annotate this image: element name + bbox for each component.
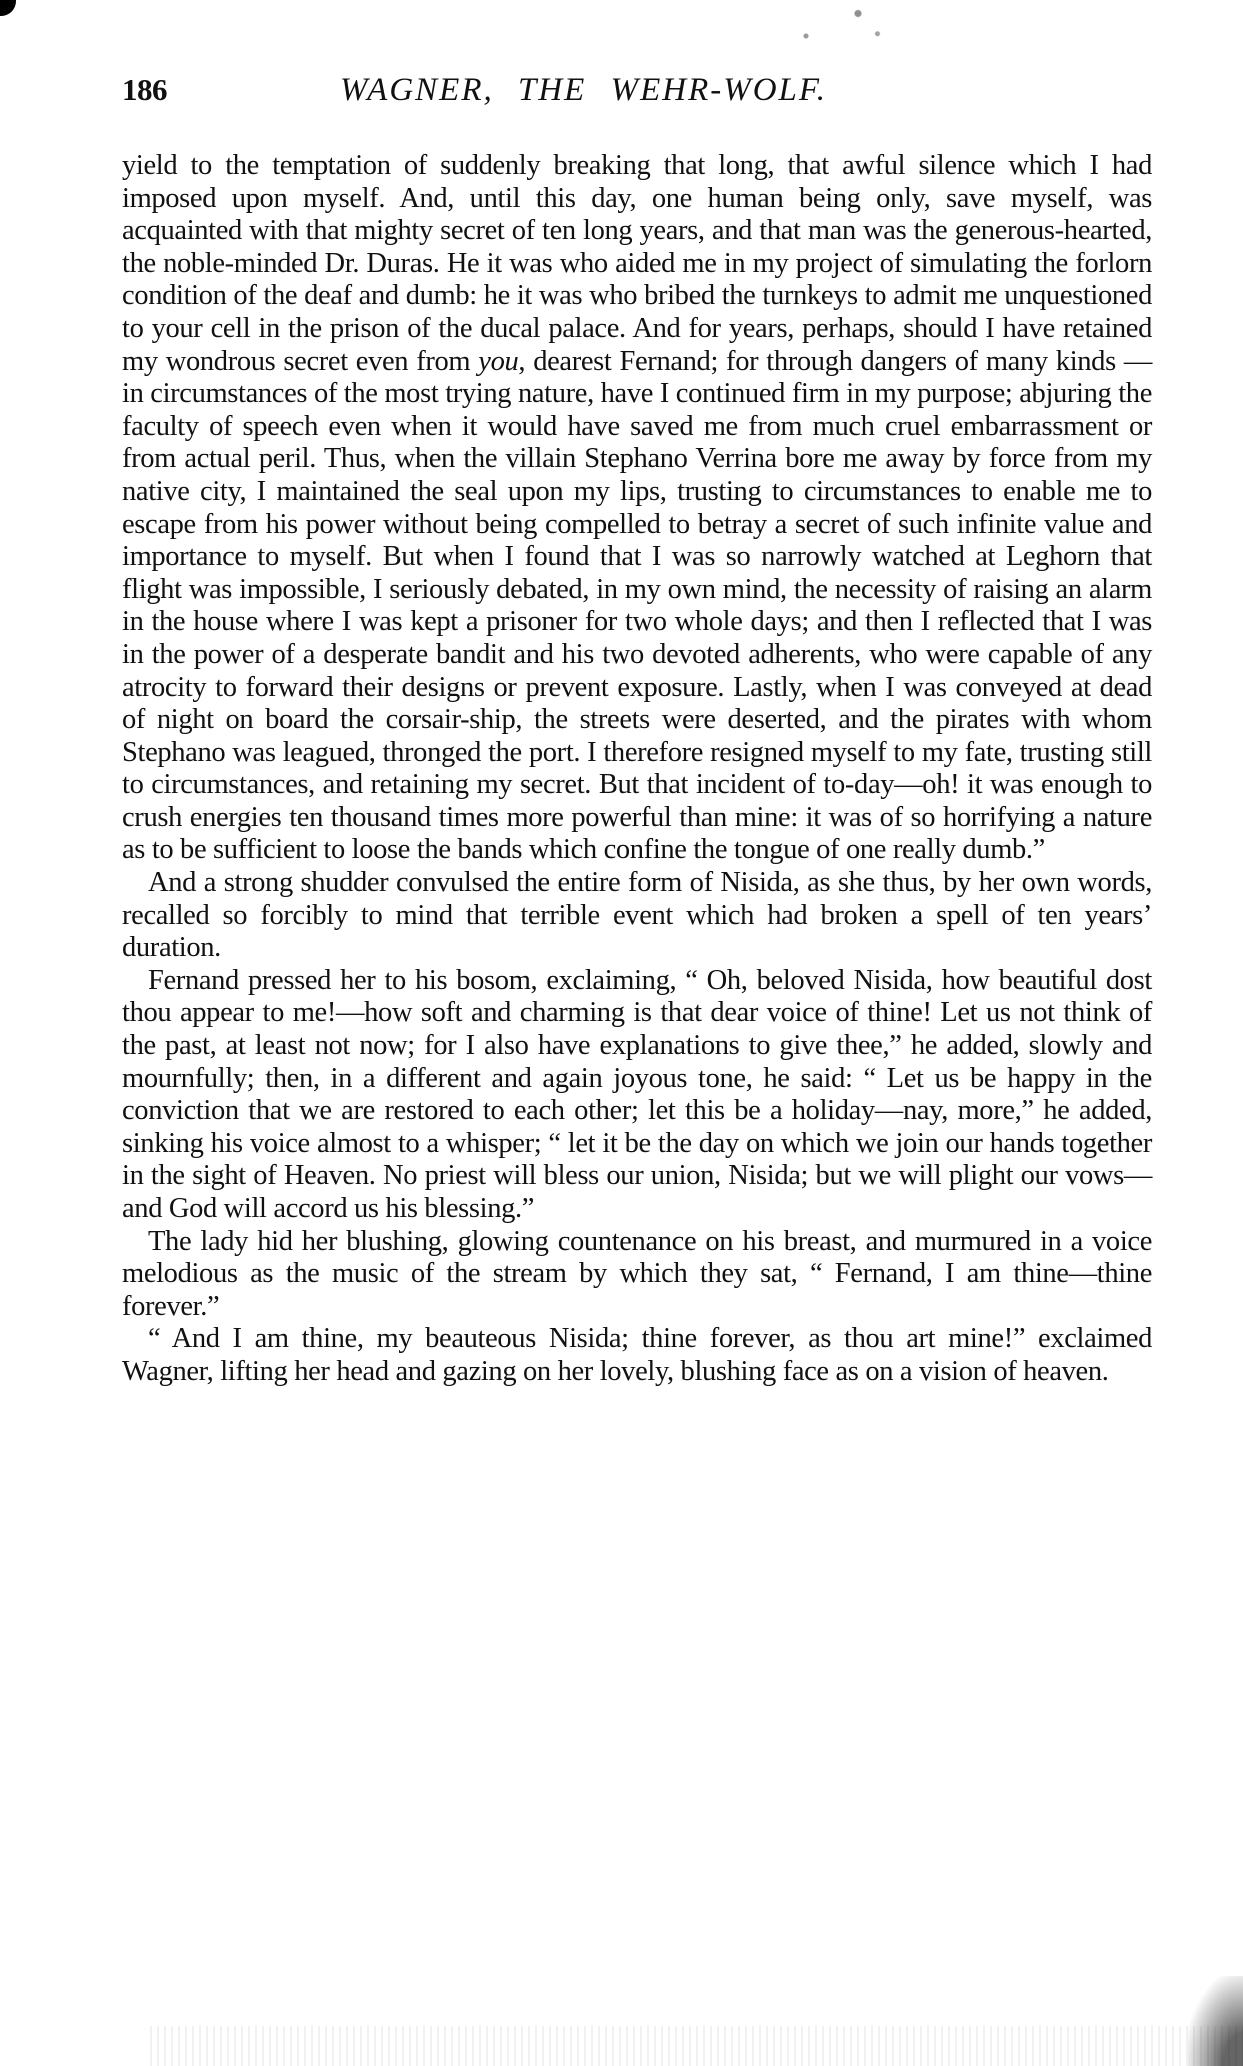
- running-title: WAGNER, THE WEHR-WOLF.: [340, 72, 827, 109]
- paragraph: “ And I am thine, my beauteous Nisida; t…: [122, 1323, 1152, 1388]
- scan-corner-blot: [0, 0, 16, 16]
- paragraph-text: yield to the temptation of suddenly brea…: [122, 150, 1152, 377]
- page-header: 186 WAGNER, THE WEHR-WOLF.: [122, 72, 1152, 112]
- paragraph: The lady hid her blushing, glowing count…: [122, 1226, 1152, 1324]
- paragraph-text: Fernand pressed her to his bosom, exclai…: [122, 965, 1152, 1224]
- paragraph-text: The lady hid her blushing, glowing count…: [122, 1226, 1152, 1322]
- emphasis-text: you: [478, 346, 518, 377]
- paragraph-text: And a strong shudder convulsed the entir…: [122, 867, 1152, 963]
- paragraph-text: , dearest Fernand; for through dangers o…: [122, 346, 1152, 866]
- scan-speckle-corner: [1188, 1976, 1243, 2066]
- paragraph: And a strong shudder convulsed the entir…: [122, 867, 1152, 965]
- paragraph: yield to the temptation of suddenly brea…: [122, 150, 1152, 867]
- paragraph-text: “ And I am thine, my beauteous Nisida; t…: [122, 1323, 1152, 1387]
- paragraph: Fernand pressed her to his bosom, exclai…: [122, 965, 1152, 1226]
- scan-speckle-top: [780, 0, 910, 45]
- scan-speckle-bottom: [150, 2026, 1243, 2066]
- page-number: 186: [122, 72, 167, 108]
- body-text: yield to the temptation of suddenly brea…: [122, 150, 1152, 1389]
